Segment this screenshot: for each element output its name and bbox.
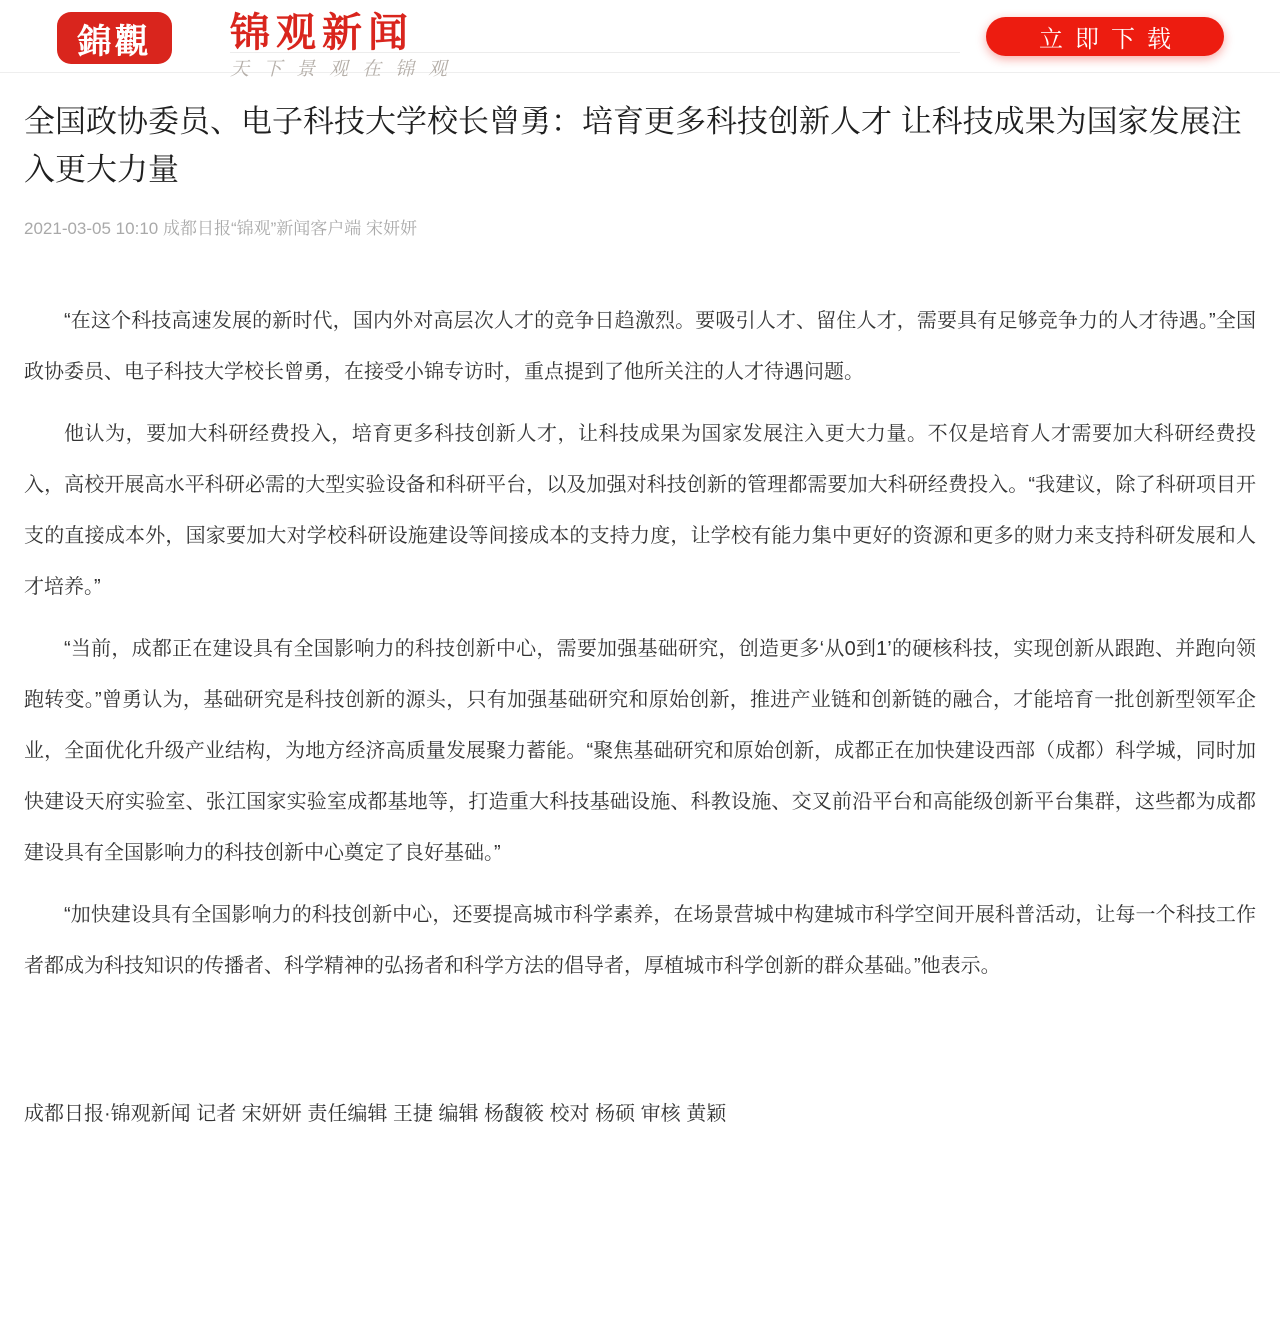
- article-body: “在这个科技高速发展的新时代，国内外对高层次人才的竞争日趋激烈。要吸引人才、留住…: [24, 296, 1256, 992]
- app-logo[interactable]: 錦觀: [57, 12, 172, 64]
- article-paragraph: “在这个科技高速发展的新时代，国内外对高层次人才的竞争日趋激烈。要吸引人才、留住…: [24, 296, 1256, 398]
- article-paragraph: “加快建设具有全国影响力的科技创新中心，还要提高城市科学素养，在场景营城中构建城…: [24, 890, 1256, 992]
- article-title: 全国政协委员、电子科技大学校长曾勇：培育更多科技创新人才 让科技成果为国家发展注…: [24, 98, 1256, 194]
- site-name[interactable]: 锦观新闻: [230, 13, 461, 53]
- site-slogan: 天下景观在锦观: [230, 59, 461, 81]
- article-credits: 成都日报·锦观新闻 记者 宋妍妍 责任编辑 王捷 编辑 杨馥筱 校对 杨硕 审核…: [24, 1100, 1256, 1128]
- brand-block: 锦观新闻 天下景观在锦观: [230, 13, 461, 81]
- download-button[interactable]: 立即下载: [986, 17, 1224, 56]
- article-meta: 2021-03-05 10:10 成都日报“锦观”新闻客户端 宋妍妍: [24, 217, 1256, 241]
- header: 錦觀 锦观新闻 天下景观在锦观 立即下载: [0, 0, 1280, 73]
- article-paragraph: 他认为，要加大科研经费投入，培育更多科技创新人才，让科技成果为国家发展注入更大力…: [24, 409, 1256, 613]
- article-paragraph: “当前，成都正在建设具有全国影响力的科技创新中心，需要加强基础研究，创造更多‘从…: [24, 624, 1256, 879]
- page: 錦觀 锦观新闻 天下景观在锦观 立即下载 全国政协委员、电子科技大学校长曾勇：培…: [0, 0, 1280, 1323]
- article: 全国政协委员、电子科技大学校长曾勇：培育更多科技创新人才 让科技成果为国家发展注…: [0, 98, 1280, 1128]
